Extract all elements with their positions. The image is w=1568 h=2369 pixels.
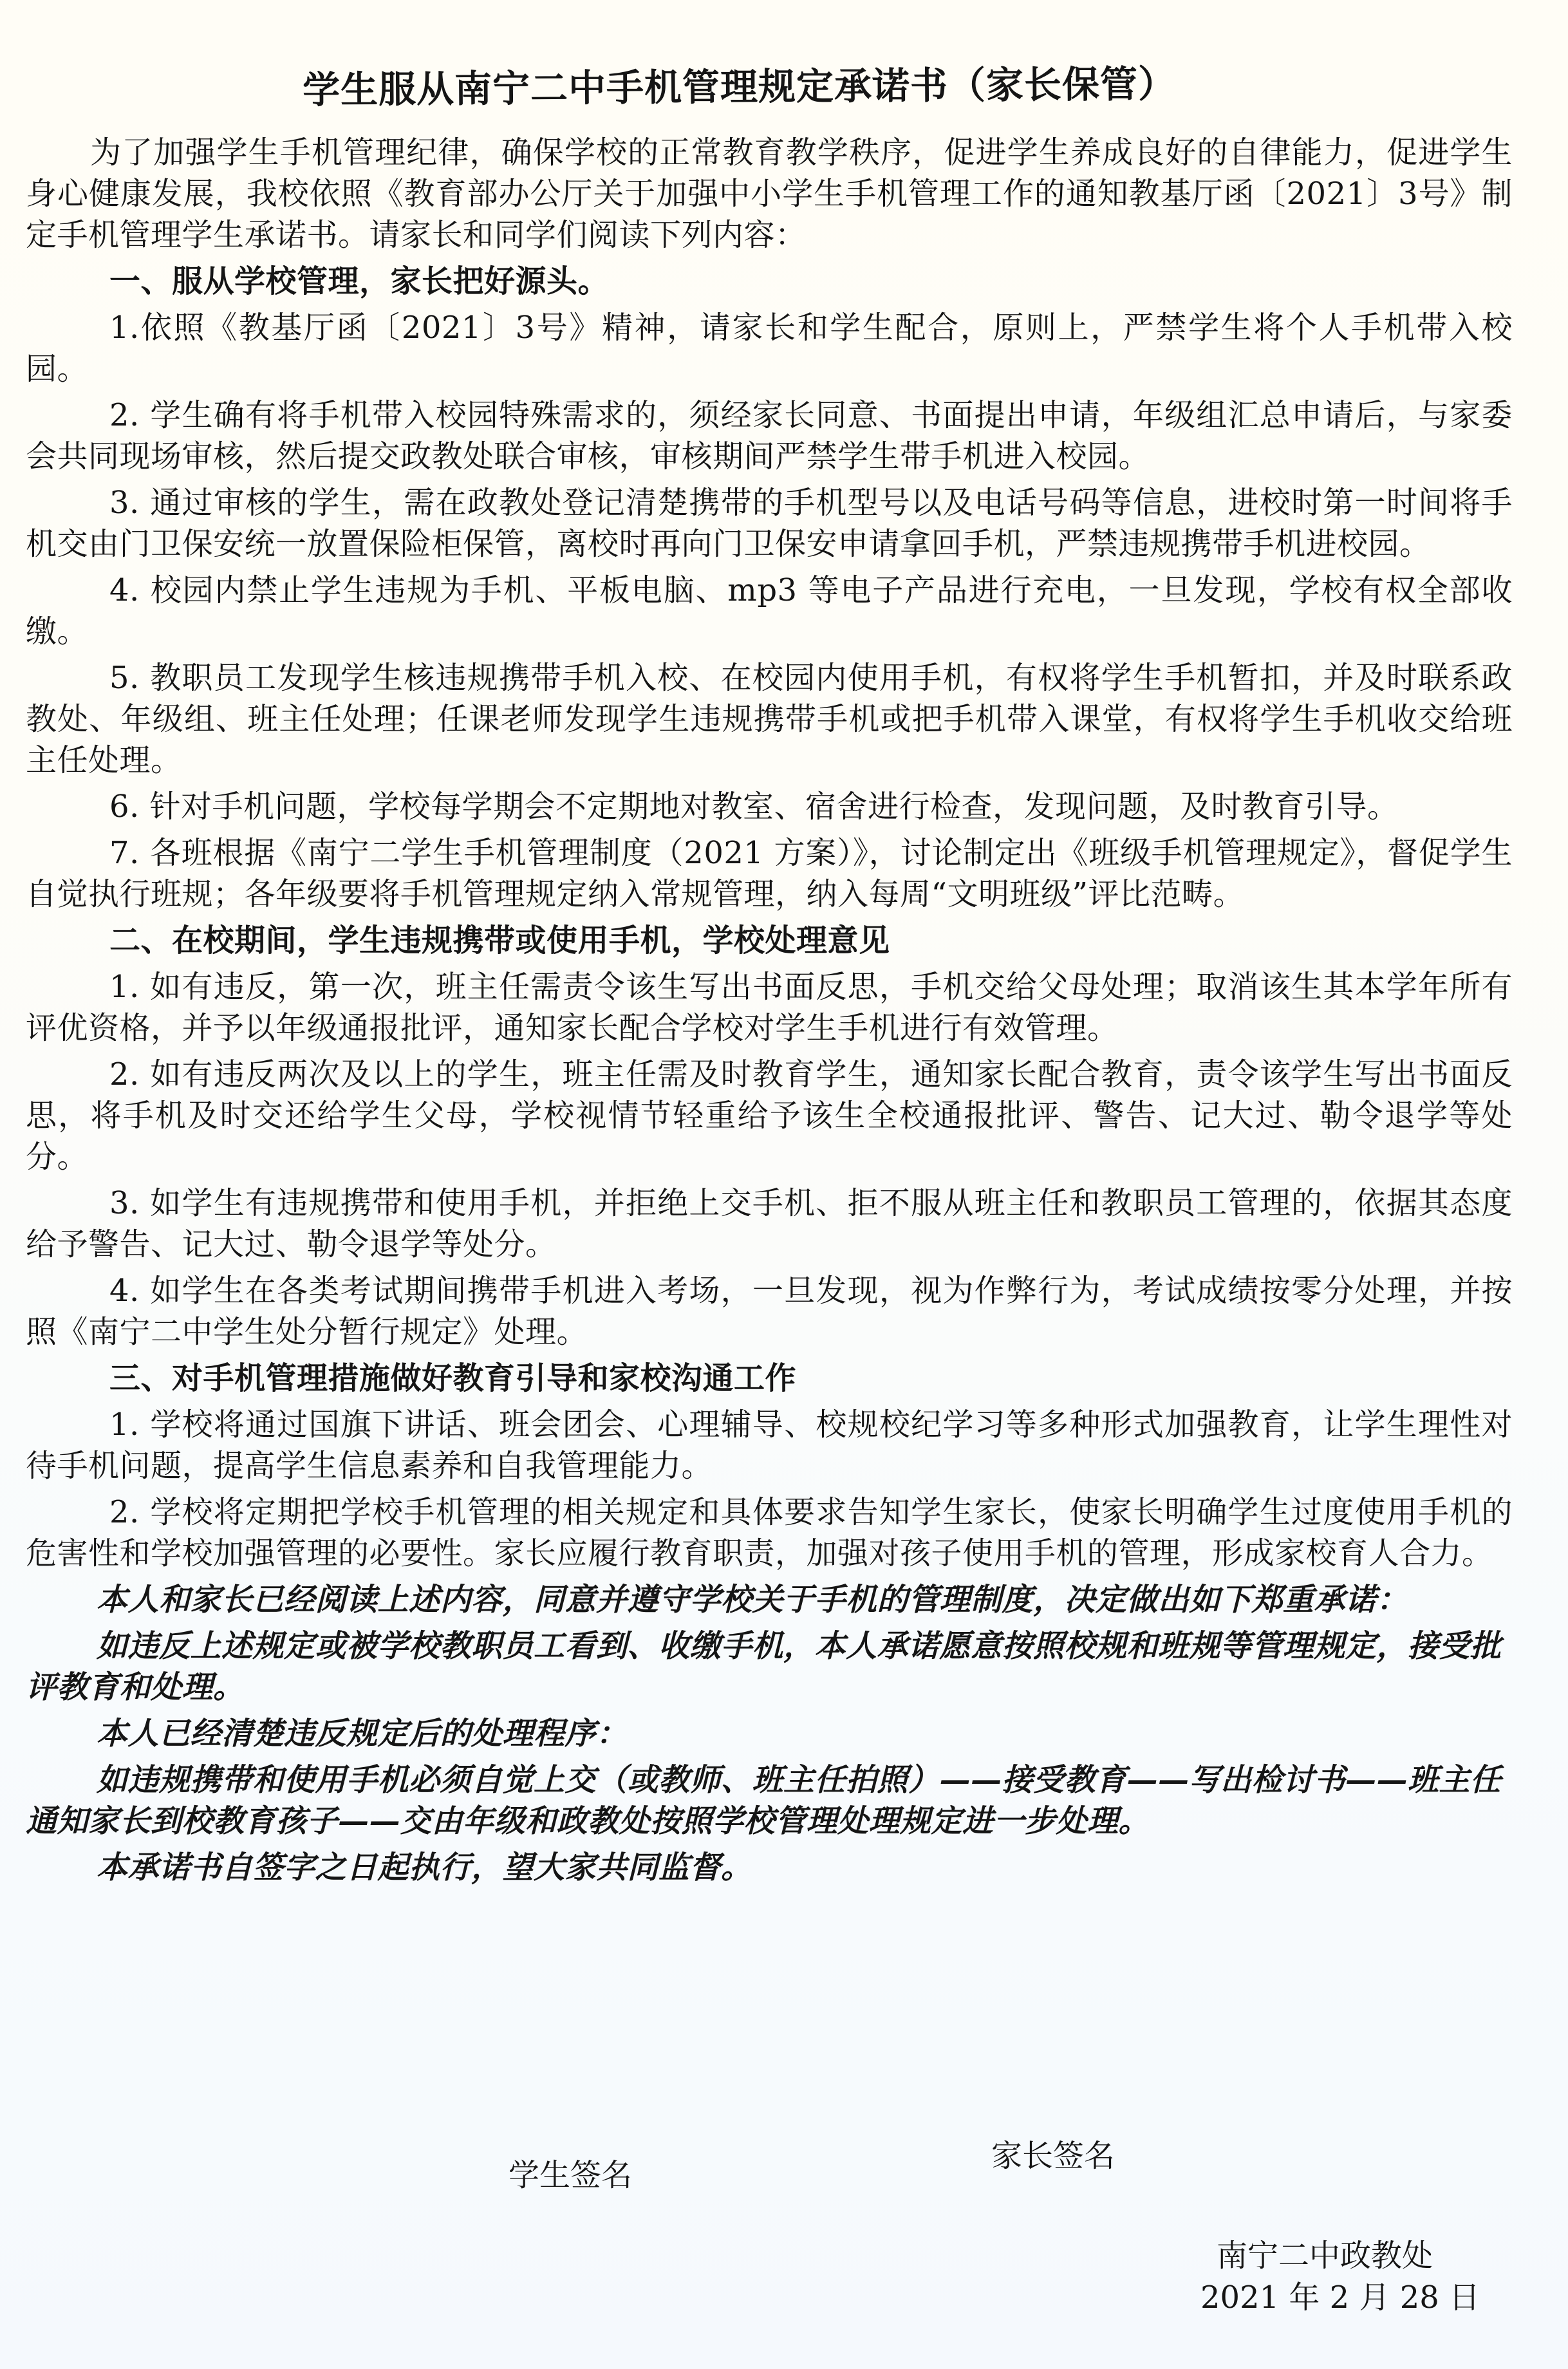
document-title: 学生服从南宁二中手机管理规定承诺书（家长保管） [303, 53, 1177, 113]
list-item: 1. 学校将通过国旗下讲话、班会团会、心理辅导、校规校纪学习等多种形式加强教育，… [26, 1404, 1513, 1486]
list-item: 2. 如有违反两次及以上的学生，班主任需及时教育学生，通知家长配合教育，责令该学… [26, 1054, 1513, 1177]
list-item: 5. 教职员工发现学生核违规携带手机入校、在校园内使用手机，有权将学生手机暂扣，… [26, 657, 1513, 781]
scanned-document-page: 学生服从南宁二中手机管理规定承诺书（家长保管） 为了加强学生手机管理纪律，确保学… [0, 0, 1568, 2369]
list-item: 2. 学校将定期把学校手机管理的相关规定和具体要求告知学生家长，使家长明确学生过… [26, 1492, 1513, 1574]
pledge-statement: 本承诺书自签字之日起执行，望大家共同监督。 [26, 1847, 1513, 1888]
document-body: 为了加强学生手机管理纪律，确保学校的正常教育教学秩序，促进学生养成良好的自律能力… [26, 132, 1513, 1893]
list-item: 6. 针对手机问题，学校每学期会不定期地对教室、宿舍进行检查，发现问题，及时教育… [26, 786, 1513, 827]
list-item: 4. 校园内禁止学生违规为手机、平板电脑、mp3 等电子产品进行充电，一旦发现，… [26, 570, 1513, 652]
section-3: 三、对手机管理措施做好教育引导和家校沟通工作 1. 学校将通过国旗下讲话、班会团… [26, 1358, 1513, 1574]
section-1: 一、服从学校管理，家长把好源头。 1.依照《教基厅函〔2021〕3号》精神，请家… [26, 261, 1513, 915]
student-signature-label: 学生签名 [509, 2150, 632, 2195]
intro-paragraph: 为了加强学生手机管理纪律，确保学校的正常教育教学秩序，促进学生养成良好的自律能力… [26, 132, 1513, 256]
section-heading: 一、服从学校管理，家长把好源头。 [26, 261, 1513, 302]
pledge-statement: 本人已经清楚违反规定后的处理程序： [26, 1713, 1513, 1754]
pledge-block: 本人和家长已经阅读上述内容，同意并遵守学校关于手机的管理制度，决定做出如下郑重承… [26, 1579, 1513, 1888]
list-item: 2. 学生确有将手机带入校园特殊需求的，须经家长同意、书面提出申请，年级组汇总申… [26, 395, 1513, 477]
list-item: 4. 如学生在各类考试期间携带手机进入考场，一旦发现，视为作弊行为，考试成绩按零… [26, 1270, 1513, 1353]
section-heading: 二、在校期间，学生违规携带或使用手机，学校处理意见 [26, 920, 1513, 961]
issue-date: 2021 年 2 月 28 日 [1200, 2272, 1480, 2317]
parent-signature-label: 家长签名 [991, 2131, 1115, 2175]
list-item: 3. 通过审核的学生，需在政教处登记清楚携带的手机型号以及电话号码等信息，进校时… [26, 482, 1513, 565]
section-heading: 三、对手机管理措施做好教育引导和家校沟通工作 [26, 1358, 1513, 1399]
list-item: 1. 如有违反，第一次，班主任需责令该生写出书面反思，手机交给父母处理；取消该生… [26, 966, 1513, 1049]
pledge-statement: 如违反上述规定或被学校教职员工看到、收缴手机，本人承诺愿意按照校规和班规等管理规… [26, 1625, 1513, 1708]
pledge-procedure: 如违规携带和使用手机必须自觉上交（或教师、班主任拍照）——接受教育——写出检讨书… [26, 1759, 1513, 1842]
list-item: 1.依照《教基厅函〔2021〕3号》精神，请家长和学生配合，原则上，严禁学生将个… [26, 307, 1513, 389]
pledge-statement: 本人和家长已经阅读上述内容，同意并遵守学校关于手机的管理制度，决定做出如下郑重承… [26, 1579, 1513, 1620]
list-item: 7. 各班根据《南宁二学生手机管理制度（2021 方案）》，讨论制定出《班级手机… [26, 832, 1513, 915]
list-item: 3. 如学生有违规携带和使用手机，并拒绝上交手机、拒不服从班主任和教职员工管理的… [26, 1183, 1513, 1265]
issuer-name: 南宁二中政教处 [1217, 2231, 1433, 2275]
section-2: 二、在校期间，学生违规携带或使用手机，学校处理意见 1. 如有违反，第一次，班主… [26, 920, 1513, 1353]
